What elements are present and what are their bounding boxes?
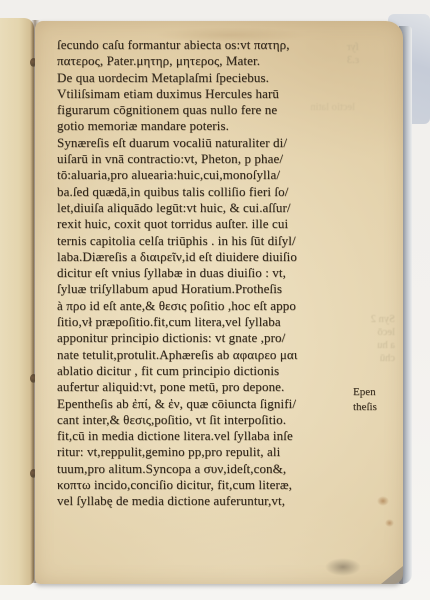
text-line: πατερος, Pater.μητηρ, μητερος, Mater. bbox=[57, 53, 357, 69]
foxing-spot bbox=[385, 519, 394, 527]
text-line: figurarum cōgnitionem quas nullo fere ne bbox=[57, 102, 357, 118]
text-line: rexit huic, coxit quot torridus auſter. … bbox=[57, 216, 357, 232]
text-line: κοπτω incido,conciſio dicitur, fit,cum l… bbox=[57, 477, 357, 493]
margin-note: Epentheſis bbox=[353, 385, 401, 415]
foxing-spot bbox=[377, 496, 389, 506]
text-line: à προ id eſt ante,& θεσις poſitio ,hoc e… bbox=[57, 298, 357, 314]
page-text: ſecundo caſu formantur abiecta os:vt πατ… bbox=[57, 37, 357, 510]
text-line: ritur: vt,reppulit,gemino pp,pro repulit… bbox=[57, 444, 357, 460]
text-line: laba.Diæreſis a διαιρεῖν,id eſt diuidere… bbox=[57, 249, 357, 265]
bottom-stain bbox=[325, 558, 361, 576]
text-line: theſis bbox=[353, 400, 401, 415]
text-line: ternis capitolia celſa triūphis . in his… bbox=[57, 233, 357, 249]
corner-fold bbox=[381, 566, 403, 584]
text-line: ablatio dicitur , fit cum principio dict… bbox=[57, 363, 357, 379]
text-line: tō:aluaria,pro aluearia:huic,cui,monoſyl… bbox=[57, 167, 357, 183]
text-line: Vtiliſsimam etiam duximus Hercules harū bbox=[57, 86, 357, 102]
text-line: cant inter,& θεσις,poſitio, vt ſit inter… bbox=[57, 412, 357, 428]
text-line: Epen bbox=[353, 385, 401, 400]
text-line: De qua uordecim Metaplaſmi ſpeciebus. bbox=[57, 70, 357, 86]
text-line: ſecundo caſu formantur abiecta os:vt πατ… bbox=[57, 37, 357, 53]
book-photo: ſyrε.3 lectio latin Syn 2lecōa huchū ſec… bbox=[0, 0, 430, 600]
text-line: gotio memoriæ mandare poteris. bbox=[57, 118, 357, 134]
text-line: fit,cū in media dictione litera.vel ſyll… bbox=[57, 428, 357, 444]
text-line: let,diuiſa aliquādo legūt:vt huic, & cui… bbox=[57, 200, 357, 216]
facing-page-sliver bbox=[0, 18, 34, 585]
book-page: ſyrε.3 lectio latin Syn 2lecōa huchū ſec… bbox=[35, 21, 403, 584]
text-line: apponitur principio dictionis: vt gnate … bbox=[57, 330, 357, 346]
text-line: nate tetulit,protulit.Aphæreſis ab αφαιρ… bbox=[57, 347, 357, 363]
text-line: tuum,pro alitum.Syncopa a συν,ideſt,con&… bbox=[57, 461, 357, 477]
text-line: ba.ſed quædā,in quibus talis colliſio fi… bbox=[57, 184, 357, 200]
text-line: vel ſyllabę de media dictione auferuntur… bbox=[57, 493, 357, 509]
text-line: ſyluæ triſyllabum apud Horatium.Protheſi… bbox=[57, 281, 357, 297]
text-line: Synæreſis eſt duarum vocaliū naturaliter… bbox=[57, 135, 357, 151]
text-line: Epentheſis ab ἐπί, & ἐν, quæ cōiuncta ſi… bbox=[57, 396, 357, 412]
text-line: ſitio,vł præpoſitio.fit,cum litera,vel ſ… bbox=[57, 314, 357, 330]
text-line: uiſarū in vnā contractio:vt, Pheton, p p… bbox=[57, 151, 357, 167]
text-line: aufertur aliquid:vt, pone metū, pro depo… bbox=[57, 379, 357, 395]
text-line: dicitur eſt vnius ſyllabæ in duas diuiſi… bbox=[57, 265, 357, 281]
